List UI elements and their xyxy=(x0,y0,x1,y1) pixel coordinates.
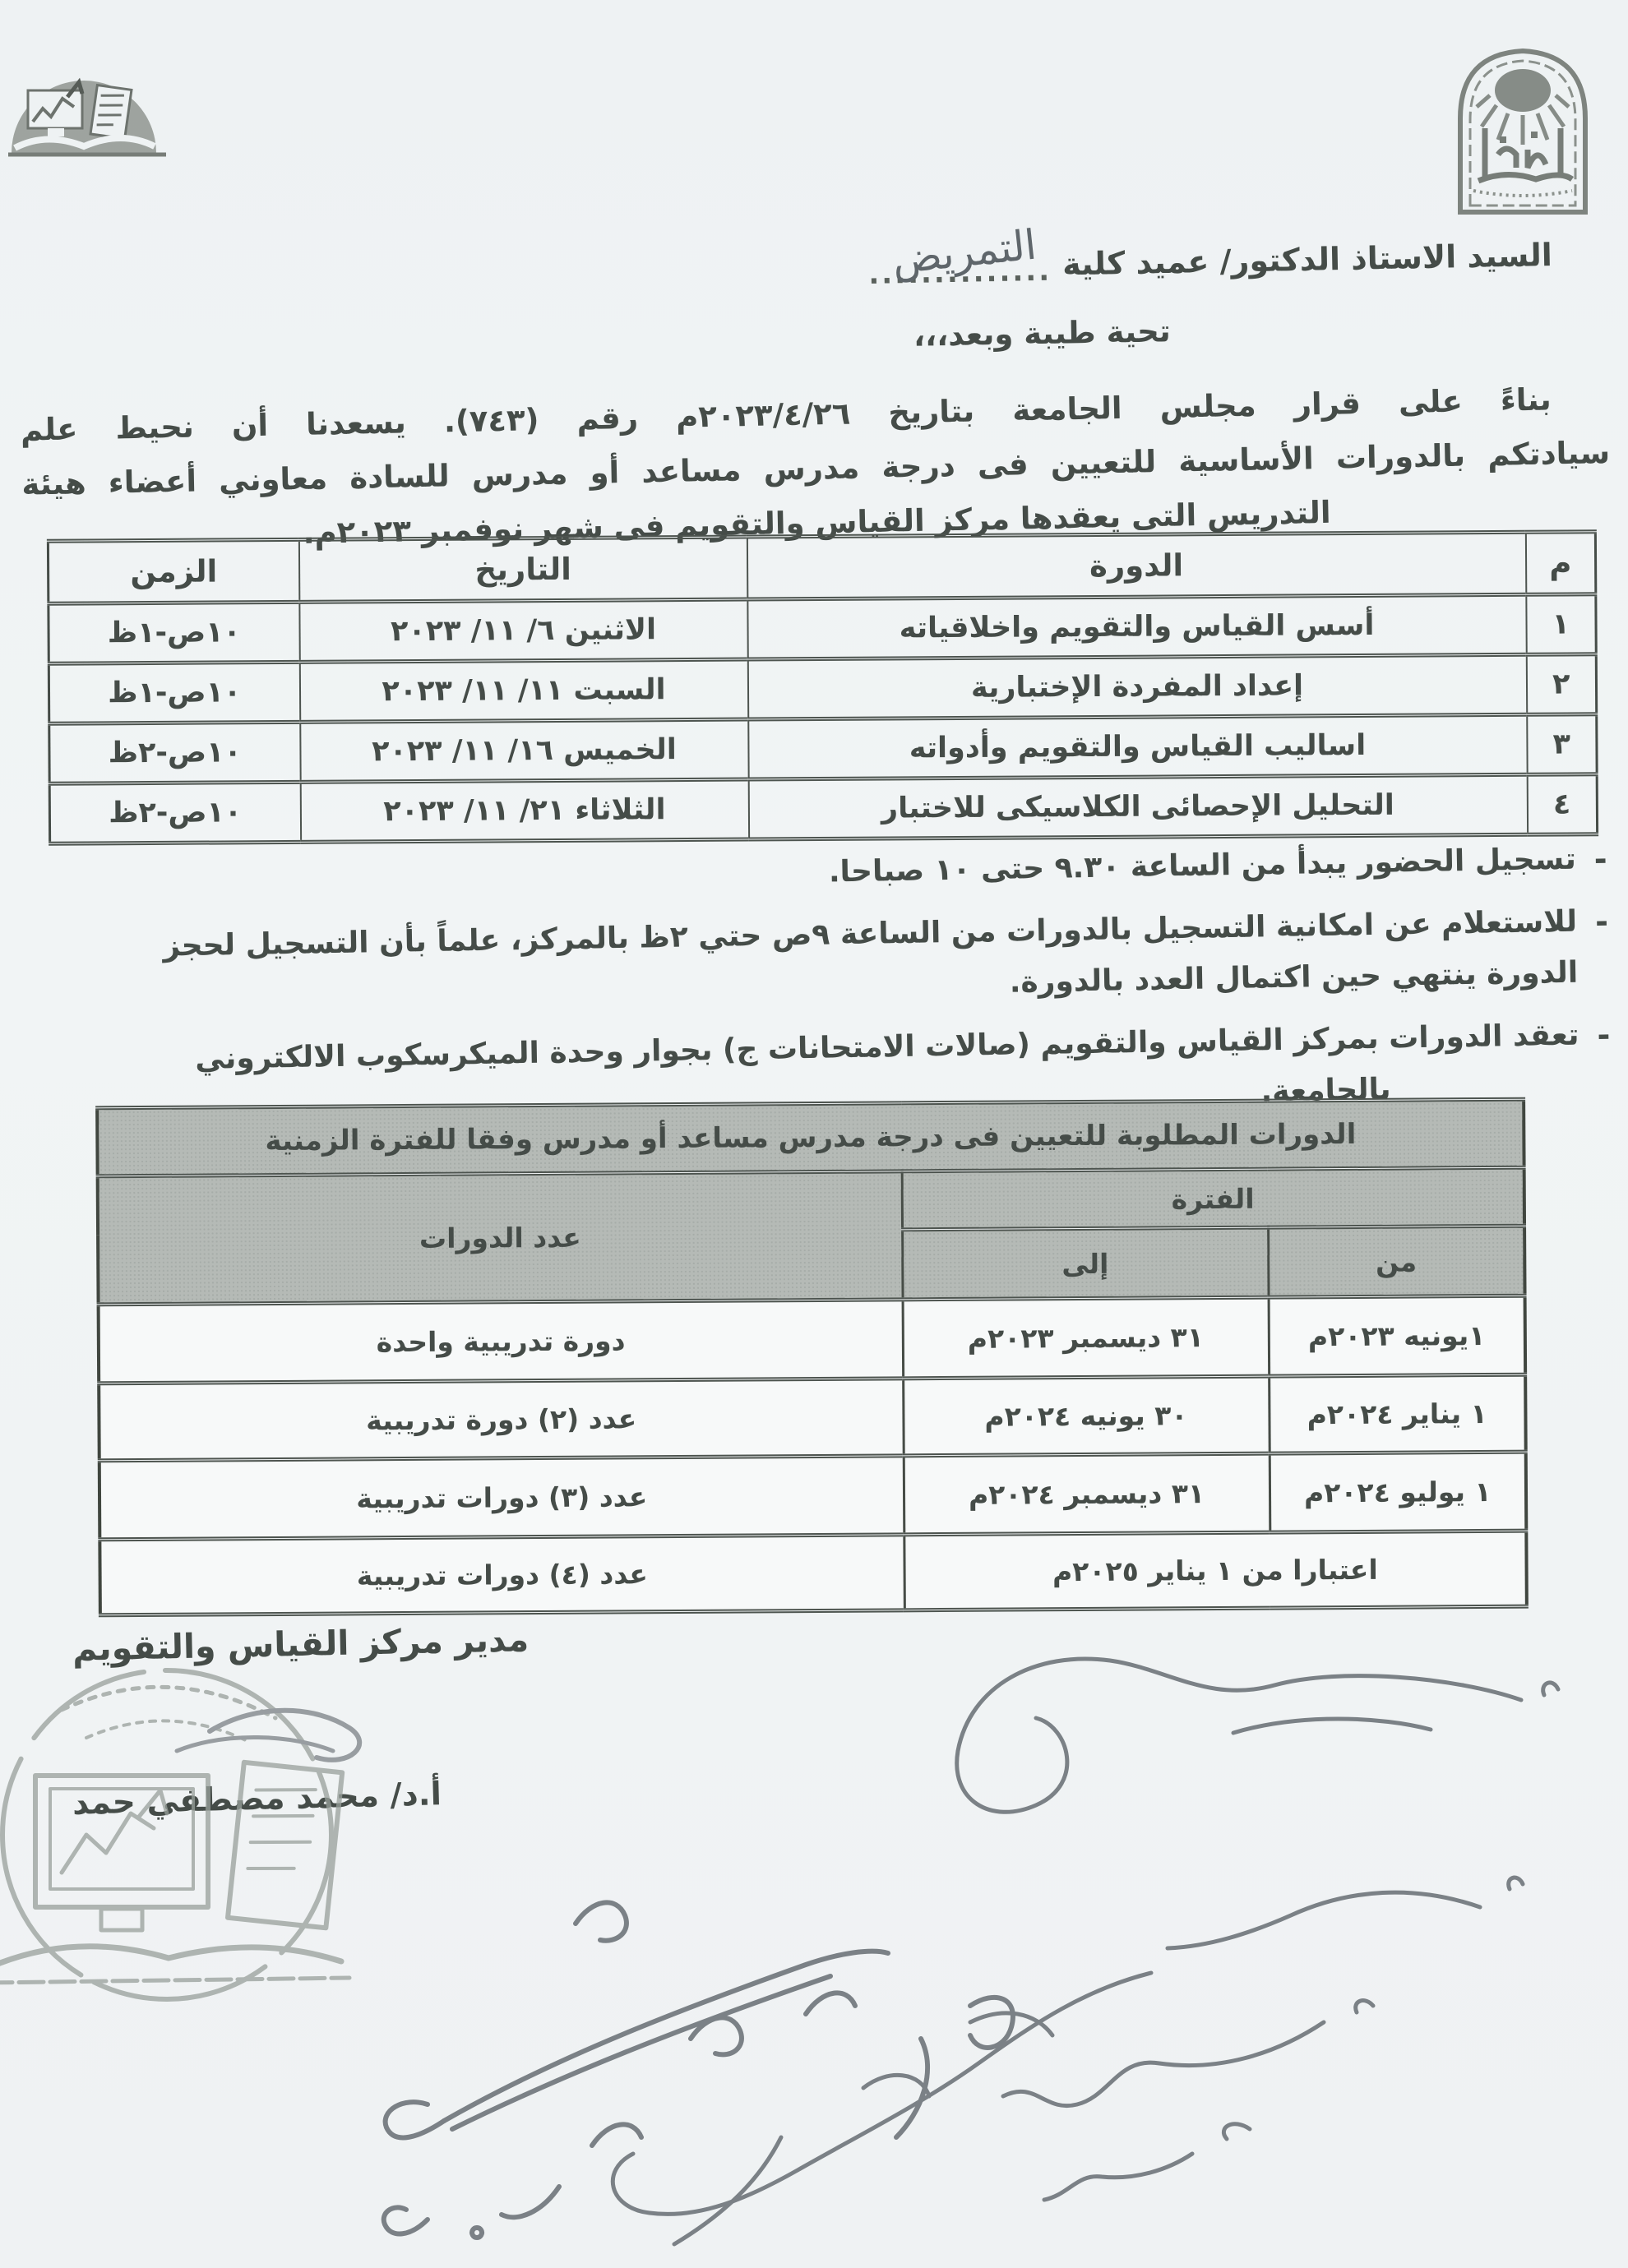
serial-cell: ٢ xyxy=(1526,654,1596,715)
course-cell: التحليل الإحصائى الكلاسيكى للاختبار xyxy=(748,774,1527,839)
col-header-time: الزمن xyxy=(48,539,298,603)
measurement-center-logo-icon xyxy=(5,39,169,163)
note-item: - للاستعلام عن امكانية التسجيل بالدورات … xyxy=(26,896,1610,1026)
count-cell: عدد (٢) دورة تدريبية xyxy=(99,1379,904,1461)
greeting-line: تحية طيبة وبعد،،، xyxy=(913,313,1171,353)
table-row: ٣ اساليب القياس والتقويم وأدواته الخميس … xyxy=(49,714,1597,783)
period-header-row: الفترة عدد الدورات xyxy=(98,1167,1524,1235)
table-row: ٤ التحليل الإحصائى الكلاسيكى للاختبار ال… xyxy=(49,774,1597,843)
time-cell: ١٠ص-٢ظ xyxy=(49,722,300,783)
course-cell: إعداد المفردة الإختبارية xyxy=(747,654,1526,719)
recipient-line: السيد الاستاذ الدكتور/ عميد كلية .......… xyxy=(868,237,1553,291)
from-cell: ١يونيه ٢٠٢٣م xyxy=(1269,1296,1526,1376)
serial-cell: ٤ xyxy=(1527,774,1597,835)
count-cell: دورة تدريبية واحدة xyxy=(99,1300,904,1383)
recipient-dotted-line: ..............التمريض xyxy=(868,255,1052,291)
col-header-course: الدورة xyxy=(747,532,1525,599)
dash-bullet: - xyxy=(1597,1009,1612,1111)
to-cell: ٣٠ يونيه ٢٠٢٤م xyxy=(903,1376,1270,1456)
table-row: ١ يناير ٢٠٢٤م ٣٠ يونيه ٢٠٢٤م عدد (٢) دور… xyxy=(99,1374,1526,1461)
col-header-serial: م xyxy=(1525,532,1595,595)
period-table-title-row: الدورات المطلوبة للتعيين فى درجة مدرس مس… xyxy=(97,1099,1524,1176)
date-cell: الثلاثاء ٢١/ ١١/ ٢٠٢٣ xyxy=(300,779,748,842)
required-courses-period-table: الدورات المطلوبة للتعيين فى درجة مدرس مس… xyxy=(95,1097,1529,1618)
dash-bullet: - xyxy=(1593,834,1607,885)
col-header-date: التاريخ xyxy=(298,537,747,602)
table-row: ١يونيه ٢٠٢٣م ٣١ ديسمبر ٢٠٢٣م دورة تدريبي… xyxy=(99,1296,1526,1383)
serial-cell: ٣ xyxy=(1527,714,1597,775)
from-header: من xyxy=(1268,1226,1525,1297)
handwritten-signature-date xyxy=(345,1874,1250,2261)
to-header: إلى xyxy=(902,1227,1269,1300)
date-cell: السبت ١١/ ١١/ ٢٠٢٣ xyxy=(299,659,747,722)
course-cell: أسس القياس والتقويم واخلاقياته xyxy=(747,594,1526,659)
time-cell: ١٠ص-٢ظ xyxy=(49,782,300,843)
serial-cell: ١ xyxy=(1526,594,1596,655)
date-cell: الخميس ١٦/ ١١/ ٢٠٢٣ xyxy=(300,719,748,782)
to-cell: ٣١ ديسمبر ٢٠٢٣م xyxy=(903,1297,1270,1379)
course-schedule-table: م الدورة التاريخ الزمن ١ أسس القياس والت… xyxy=(47,529,1598,846)
center-stamp-icon xyxy=(0,1652,374,2022)
table-row: ٢ إعداد المفردة الإختبارية السبت ١١/ ١١/… xyxy=(49,654,1596,723)
table-row: ١ يوليو ٢٠٢٤م ٣١ ديسمبر ٢٠٢٤م عدد (٣) دو… xyxy=(99,1452,1527,1540)
schedule-header-row: م الدورة التاريخ الزمن xyxy=(48,532,1595,603)
period-header: الفترة xyxy=(902,1167,1524,1230)
university-logo-icon xyxy=(1449,39,1597,220)
to-cell: ٣١ ديسمبر ٢٠٢٤م xyxy=(904,1453,1270,1535)
dash-bullet: - xyxy=(1595,896,1610,998)
time-cell: ١٠ص-١ظ xyxy=(49,662,299,723)
date-cell: الاثنين ٦/ ١١/ ٢٠٢٣ xyxy=(299,599,747,662)
table-row: ١ أسس القياس والتقويم واخلاقياته الاثنين… xyxy=(49,594,1596,663)
course-cell: اساليب القياس والتقويم وأدواته xyxy=(748,714,1527,779)
time-cell: ١٠ص-١ظ xyxy=(49,602,299,663)
count-cell: عدد (٣) دورات تدريبية xyxy=(99,1456,904,1540)
period-table-title: الدورات المطلوبة للتعيين فى درجة مدرس مس… xyxy=(97,1099,1524,1176)
count-header: عدد الدورات xyxy=(98,1171,903,1305)
scanned-memo-page: السيد الاستاذ الدكتور/ عميد كلية .......… xyxy=(0,0,1628,2268)
from-cell: ١ يوليو ٢٠٢٤م xyxy=(1270,1452,1527,1532)
recipient-text: السيد الاستاذ الدكتور/ عميد كلية xyxy=(1062,237,1553,282)
from-cell: ١ يناير ٢٠٢٤م xyxy=(1269,1374,1526,1453)
